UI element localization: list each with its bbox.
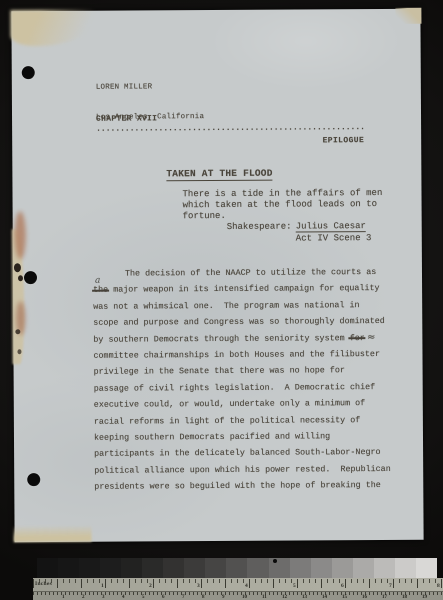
body-line: political alliance upon which his power … xyxy=(94,461,406,479)
punch-hole-middle xyxy=(24,271,37,284)
quote-line: fortune. xyxy=(183,210,383,222)
author-name: LOREN MILLER xyxy=(96,82,204,93)
body-text: passage of civil rights legislation. A D… xyxy=(94,382,376,394)
inch-number: 1 xyxy=(101,582,104,590)
inch-number: 6 xyxy=(341,582,344,590)
inch-number: 4 xyxy=(245,582,248,590)
cm-number: 5 xyxy=(142,594,145,600)
epilogue-label: EPILOGUE xyxy=(323,136,365,145)
inch-number: 8 xyxy=(437,582,440,590)
grayscale-step xyxy=(205,558,226,578)
epigraph-quote: There is a tide in the affairs of menwhi… xyxy=(182,188,382,222)
stain-red-upper xyxy=(15,211,26,259)
document-page: LOREN MILLER Los Angeles, California CHA… xyxy=(11,9,423,542)
body-text: racial reforms in light of the political… xyxy=(94,415,360,427)
grayscale-step xyxy=(374,558,395,578)
body-text: privilege in the Senate that there was n… xyxy=(94,366,345,378)
grayscale-step xyxy=(58,558,79,578)
scan-background: LOREN MILLER Los Angeles, California CHA… xyxy=(0,0,443,600)
body-line: was not a whimsical one. The program was… xyxy=(93,297,405,315)
grayscale-step xyxy=(142,558,163,578)
grayscale-step xyxy=(395,558,416,578)
cm-number: 6 xyxy=(162,594,165,600)
strikethrough-text: for xyxy=(350,333,365,343)
body-line: athe major weapon in its intensified cam… xyxy=(93,280,405,298)
cm-number: 8 xyxy=(202,594,205,600)
cm-number: 12 xyxy=(282,594,287,600)
ink-spot xyxy=(18,275,23,281)
attribution-detail: Act IV Scene 3 xyxy=(296,233,372,243)
body-text: political alliance upon which his power … xyxy=(94,464,391,476)
ink-spot xyxy=(15,329,20,334)
stain-top-left xyxy=(10,10,94,47)
grayscale-step xyxy=(416,558,437,578)
body-text: by southern Democrats through the senior… xyxy=(93,333,349,345)
body-line: racial reforms in light of the political… xyxy=(94,411,406,429)
ruler-inches: Inches 12345678 xyxy=(33,578,443,591)
cm-number: 15 xyxy=(342,594,347,600)
grayscale-step xyxy=(290,558,311,578)
grayscale-step xyxy=(163,558,184,578)
cm-number: 11 xyxy=(262,594,267,600)
strikethrough-text: the xyxy=(93,285,108,295)
cm-number: 1 xyxy=(62,594,65,600)
body-line: by southern Democrats through the senior… xyxy=(93,329,405,347)
ink-spot xyxy=(17,349,21,354)
document-title: TAKEN AT THE FLOOD xyxy=(166,168,272,182)
grayscale-step xyxy=(121,558,142,578)
grayscale-calibration-strip xyxy=(37,558,437,578)
grayscale-step xyxy=(79,558,100,578)
body-line: scope and purpose and Congress was so th… xyxy=(93,313,405,331)
cm-number: 9 xyxy=(222,594,225,600)
cm-number: 17 xyxy=(382,594,387,600)
ink-spot xyxy=(14,263,21,272)
body-line: presidents were so beguiled with the hop… xyxy=(94,477,406,495)
cm-number: 16 xyxy=(362,594,367,600)
chapter-label: CHAPTER XVII xyxy=(96,114,157,123)
body-text: keeping southern Democrats pacified and … xyxy=(94,431,330,442)
body-text: participants in the delicately balanced … xyxy=(94,447,381,459)
body-text: executive could, or would, undertake onl… xyxy=(94,398,365,410)
inch-major-ticks xyxy=(33,578,443,591)
body-text: presidents were so beguiled with the hop… xyxy=(94,480,381,492)
stain-bottom-left xyxy=(14,525,92,542)
attribution-work: Julius Caesar xyxy=(296,221,366,232)
body-line: executive could, or would, undertake onl… xyxy=(94,395,406,413)
body-line: The decision of the NAACP to utilize the… xyxy=(93,264,405,282)
handwritten-squiggle: ≈ xyxy=(365,332,375,343)
body-text: was not a whimsical one. The program was… xyxy=(93,300,359,312)
cm-number: 4 xyxy=(122,594,125,600)
body-paragraph: The decision of the NAACP to utilize the… xyxy=(93,264,406,495)
cm-number: 3 xyxy=(102,594,105,600)
body-line: committee chairmanships in both Houses a… xyxy=(93,346,405,364)
punch-hole-top xyxy=(22,66,35,79)
inch-number: 5 xyxy=(293,582,296,590)
body-line: passage of civil rights legislation. A D… xyxy=(94,379,406,397)
dotted-rule: ........................................… xyxy=(96,123,372,135)
body-text: The decision of the NAACP to utilize the… xyxy=(125,267,376,279)
body-line: participants in the delicately balanced … xyxy=(94,444,406,462)
body-text: committee chairmanships in both Houses a… xyxy=(93,349,380,361)
cm-number: 10 xyxy=(242,594,247,600)
registration-dot xyxy=(273,559,277,563)
grayscale-step xyxy=(100,558,121,578)
ruler-unit-label: Inches xyxy=(35,581,52,587)
inch-number: 7 xyxy=(389,582,392,590)
cm-number: 7 xyxy=(182,594,185,600)
grayscale-step xyxy=(332,558,353,578)
body-line: privilege in the Senate that there was n… xyxy=(94,362,406,380)
cm-number: 14 xyxy=(322,594,327,600)
body-line: keeping southern Democrats pacified and … xyxy=(94,428,406,446)
quote-line: which taken at the flood leads on to xyxy=(183,199,383,211)
stain-top-right-corner xyxy=(395,8,421,24)
attribution-label: Shakespeare: xyxy=(227,222,292,232)
grayscale-step xyxy=(37,558,58,578)
grayscale-step xyxy=(184,558,205,578)
cm-number: 19 xyxy=(422,594,427,600)
punch-hole-bottom xyxy=(27,473,40,486)
inch-number: 3 xyxy=(197,582,200,590)
ruler-centimeters: 12345678910111213141516171819 xyxy=(33,591,443,600)
grayscale-step xyxy=(269,558,290,578)
grayscale-step xyxy=(311,558,332,578)
body-text: major weapon in its intensified campaign… xyxy=(108,283,379,295)
grayscale-step xyxy=(247,558,268,578)
inch-number: 2 xyxy=(149,582,152,590)
cm-number: 13 xyxy=(302,594,307,600)
grayscale-step xyxy=(226,558,247,578)
grayscale-step xyxy=(353,558,374,578)
cm-number: 2 xyxy=(82,594,85,600)
body-text: scope and purpose and Congress was so th… xyxy=(93,316,385,328)
cm-number: 18 xyxy=(402,594,407,600)
